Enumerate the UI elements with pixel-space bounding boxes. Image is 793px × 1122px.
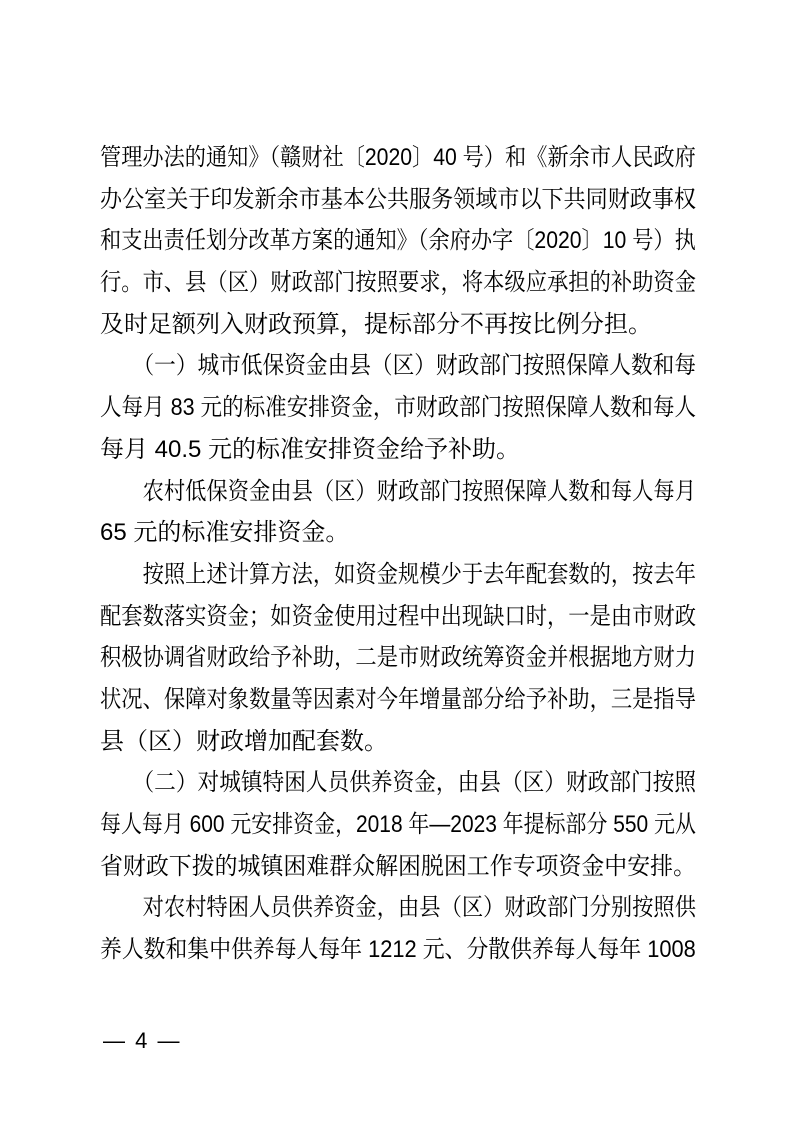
document-line: 按照上述计算方法，如资金规模少于去年配套数的，按去年 [100,554,629,596]
document-line: 管理办法的通知》（赣财社〔2020〕40 号）和《新余市人民政府 [100,137,626,179]
document-line: 农村低保资金由县（区）财政部门按照保障人数和每人每月 [100,471,629,513]
document-line: 积极协调省财政给予补助，二是市财政统筹资金并根据地方财力 [100,637,629,679]
document-line: 养人数和集中供养每人每年 1212 元、分散供养每人每年 1008 [100,929,642,971]
document-body: 管理办法的通知》（赣财社〔2020〕40 号）和《新余市人民政府 办公室关于印发… [100,137,696,971]
document-line: 及时足额列入财政预算，提标部分不再按比例分担。 [100,304,696,346]
document-line: 对农村特困人员供养资金，由县（区）财政部门分别按照供 [100,887,629,929]
document-line: 办公室关于印发新余市基本公共服务领域市以下共同财政事权 [100,179,648,221]
document-line: （二）对城镇特困人员供养资金，由县（区）财政部门按照 [100,762,638,804]
document-line: 和支出责任划分改革方案的通知》（余府办字〔2020〕10 号）执 [100,220,626,262]
document-line: 每人每月 600 元安排资金，2018 年—2023 年提标部分 550 元从 [100,804,620,846]
document-page: 管理办法的通知》（赣财社〔2020〕40 号）和《新余市人民政府 办公室关于印发… [0,0,793,1122]
page-number: — 4 — [103,1026,181,1056]
document-line: 人每月 83 元的标准安排资金，市财政部门按照保障人数和每人 [100,387,635,429]
document-line: 省财政下拨的城镇困难群众解困脱困工作专项资金中安排。 [100,846,669,888]
document-line: （一）城市低保资金由县（区）财政部门按照保障人数和每 [100,345,638,387]
document-line: 状况、保障对象数量等因素对今年增量部分给予补助，三是指导 [100,679,629,721]
document-line: 县（区）财政增加配套数。 [100,721,696,763]
document-line: 配套数落实资金；如资金使用过程中出现缺口时，一是由市财政 [100,596,629,638]
document-line: 行。市、县（区）财政部门按照要求，将本级应承担的补助资金 [100,262,629,304]
document-line: 65 元的标准安排资金。 [100,512,696,554]
document-line: 每月 40.5 元的标准安排资金给予补助。 [100,429,696,471]
